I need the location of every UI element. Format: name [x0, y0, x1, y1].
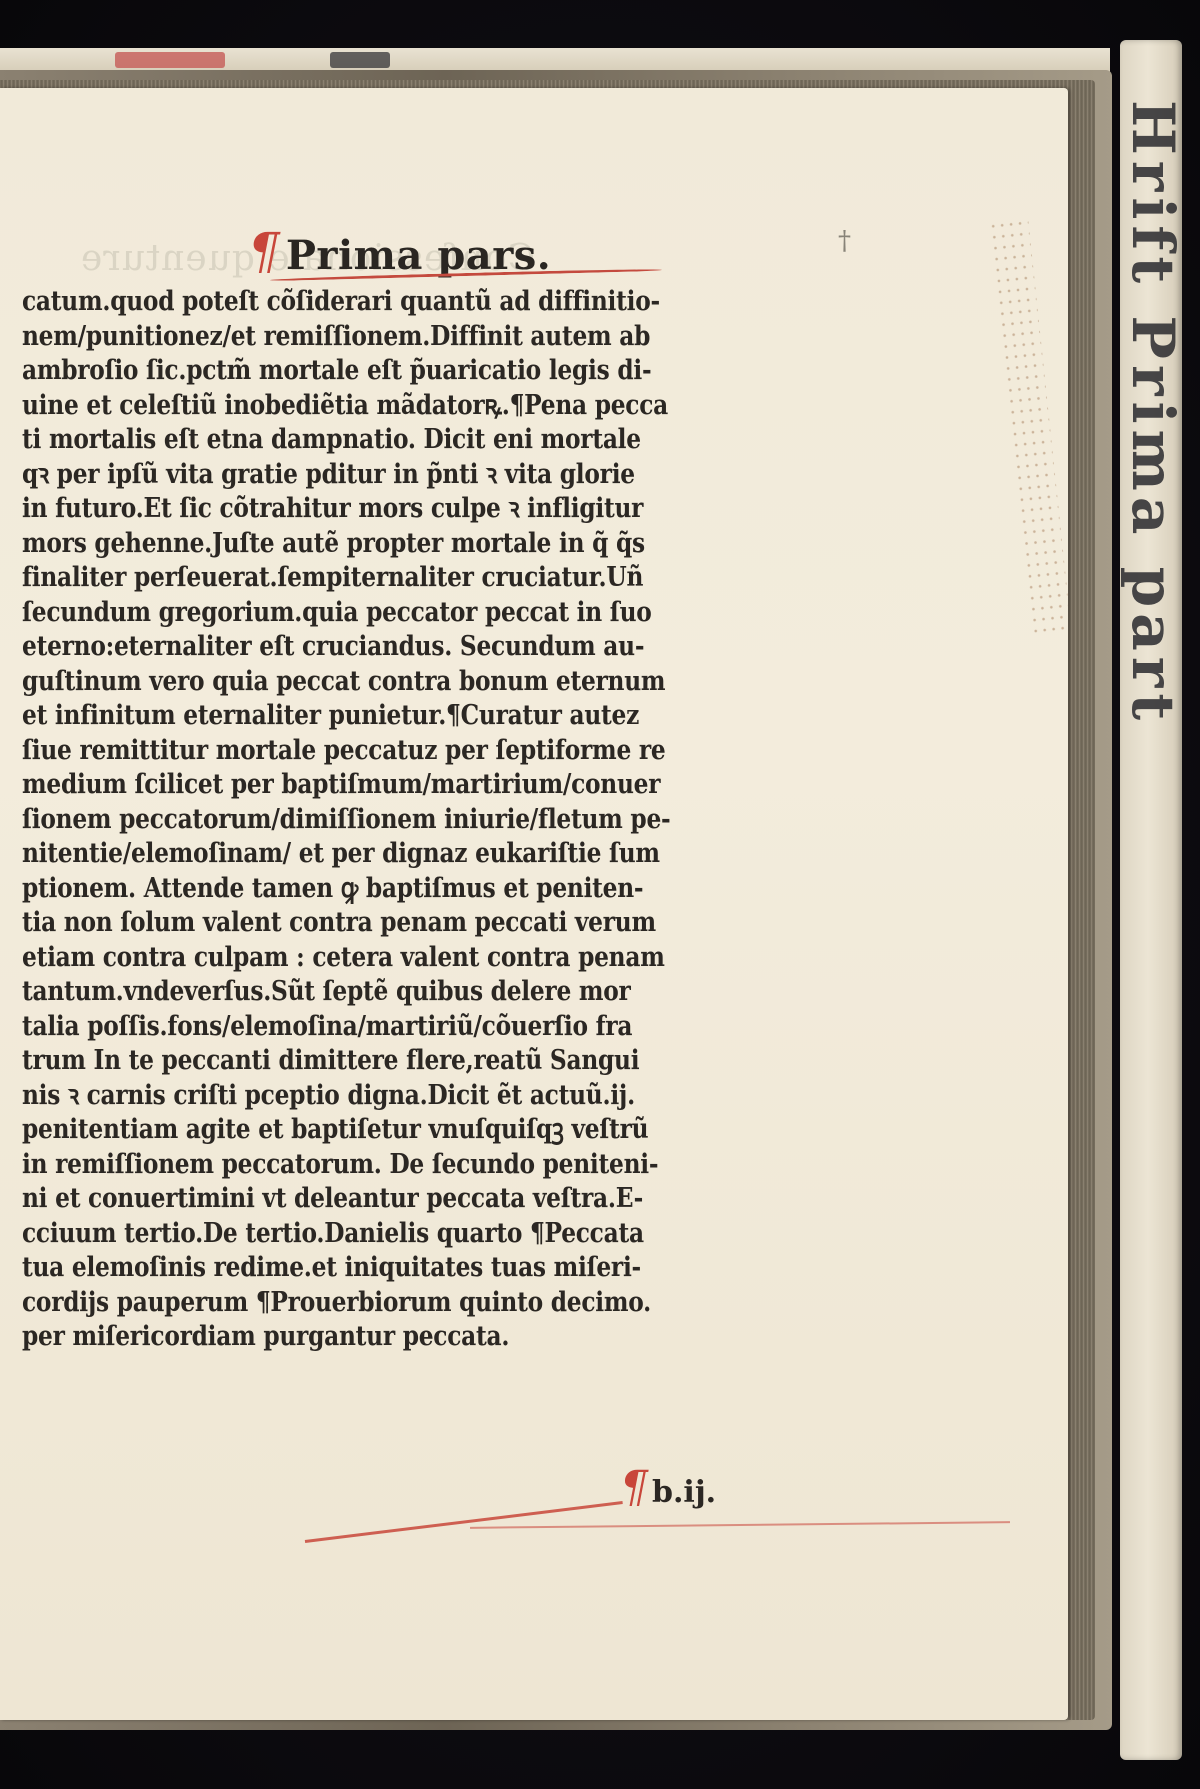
text-line: trum In te peccanti dimittere flere,reat…: [22, 1044, 712, 1079]
spine-title: Hrift Prima part: [1128, 100, 1178, 1700]
cover-red-ornament: [115, 52, 225, 68]
body-text: catum.quod poteſt cõſiderari quantũ ad d…: [22, 285, 822, 1355]
text-line: finaliter perſeuerat.ſempiternaliter cru…: [22, 561, 712, 596]
text-line: et infinitum eternaliter punietur.¶Curat…: [22, 699, 712, 734]
text-line: nis ꝛ carnis criſti pceptio digna.Dicit …: [22, 1079, 712, 1114]
running-header: ¶ Prima pars.: [248, 216, 551, 276]
text-line: qꝛ per ipſũ vita gratie pditur in p̃nti …: [22, 458, 712, 493]
text-line: medium ſcilicet per baptiſmum/martirium/…: [22, 768, 712, 803]
book-spine: Hrift Prima part: [1120, 40, 1182, 1760]
text-line: ſiue remittitur mortale peccatuz per ſep…: [22, 734, 712, 769]
signature-text: b.ij.: [652, 1475, 716, 1510]
text-line: catum.quod poteſt cõſiderari quantũ ad d…: [22, 285, 712, 320]
text-line: eterno:eternaliter eſt cruciandus. Secun…: [22, 630, 712, 665]
cover-black-ornament: [330, 52, 390, 68]
pilcrow-icon: ¶: [620, 1466, 648, 1510]
folio-mark: †: [838, 226, 851, 256]
text-line: ambroſio ſic.pctm̃ mortale eſt p̃uaricat…: [22, 354, 712, 389]
text-line: cciuum tertio.De tertio.Danielis quarto …: [22, 1217, 712, 1252]
text-line: in remiſſionem peccatorum. De ſecundo pe…: [22, 1148, 712, 1183]
text-line: mors gehenne.Juſte autẽ propter mortale …: [22, 527, 712, 562]
text-line: tantum.vndeverſus.Sũt ſeptẽ quibus deler…: [22, 975, 712, 1010]
pilcrow-icon: ¶: [248, 226, 280, 276]
text-line: ſionem peccatorum/dimiſſionem iniurie/fl…: [22, 803, 712, 838]
text-line: in futuro.Et ſic cõtrahitur mors culpe ꝛ…: [22, 492, 712, 527]
text-line: ni et conuertimini vt deleantur peccata …: [22, 1182, 712, 1217]
foxing-speckles: [988, 217, 1068, 639]
text-line: nem/punitionez/et remiſſionem.Diffinit a…: [22, 320, 712, 355]
text-line: guſtinum vero quia peccat contra bonum e…: [22, 665, 712, 700]
text-line: nitentie/elemoſinam/ et per dignaz eukar…: [22, 837, 712, 872]
signature-red-stroke: [305, 1501, 623, 1543]
scan-scene: Hrift Prima part Confessionale quenture …: [0, 0, 1200, 1789]
signature-red-line: [470, 1521, 1010, 1529]
text-line: penitentiam agite et baptiſetur vnuſquiſ…: [22, 1113, 712, 1148]
text-line: talia poſſis.fons/elemoſina/martiriũ/cõu…: [22, 1010, 712, 1045]
running-title: Prima pars.: [286, 236, 551, 276]
text-line: per miſericordiam purgantur peccata.: [22, 1320, 712, 1355]
book-page: Confessionale quenture ¶ Prima pars. † c…: [0, 88, 1068, 1720]
text-line: uine et celeſtiũ inobediẽtia mãdatorꝶ.¶P…: [22, 389, 712, 424]
text-line: cordijs pauperum ¶Prouerbiorum quinto de…: [22, 1286, 712, 1321]
text-line: etiam contra culpam : cetera valent cont…: [22, 941, 712, 976]
text-line: tia non ſolum valent contra penam peccat…: [22, 906, 712, 941]
text-line: ſecundum gregorium.quia peccator peccat …: [22, 596, 712, 631]
signature-mark: ¶ b.ij.: [620, 1466, 716, 1510]
text-line: ti mortalis eſt etna dampnatio. Dicit en…: [22, 423, 712, 458]
text-line: ptionem. Attende tamen ꝙ baptiſmus et pe…: [22, 872, 712, 907]
text-line: tua elemoſinis redime.et iniquitates tua…: [22, 1251, 712, 1286]
